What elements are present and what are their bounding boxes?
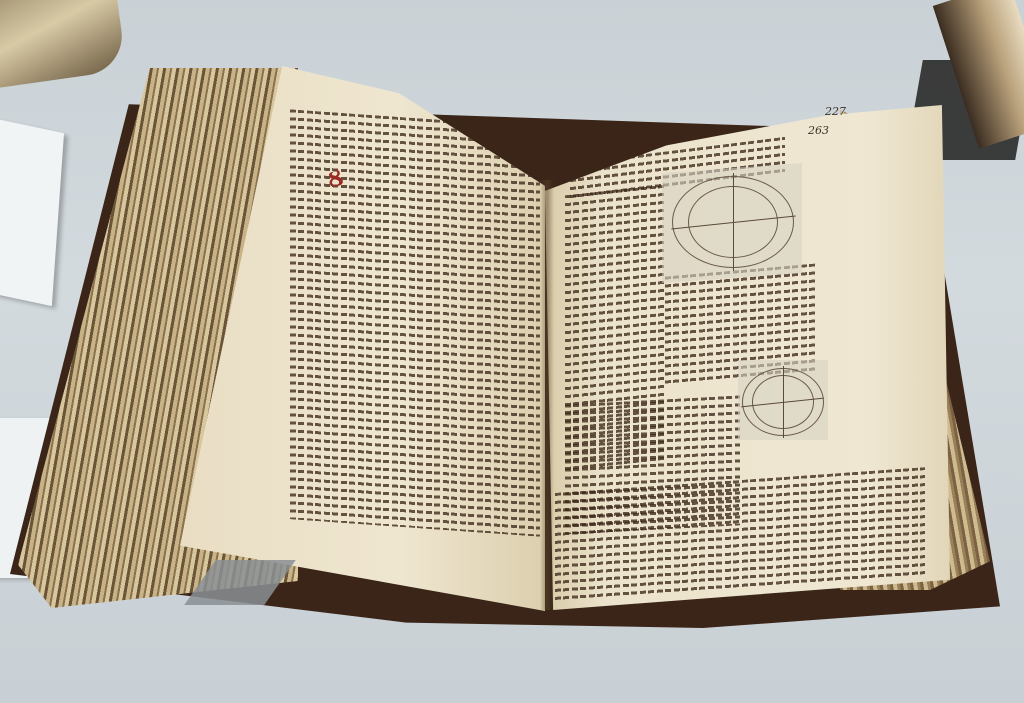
older-folio-number: 227: [825, 105, 846, 118]
book-gutter: [540, 180, 554, 610]
small-circle-diagram-icon: [742, 368, 824, 436]
large-circle-diagram-icon: [672, 176, 794, 268]
manuscript-photo: Ȣ 227 263: [0, 0, 1024, 703]
folio-number: 263: [808, 124, 829, 137]
exhibit-label-card: [0, 119, 64, 306]
adjacent-book-top-left: [0, 0, 127, 89]
